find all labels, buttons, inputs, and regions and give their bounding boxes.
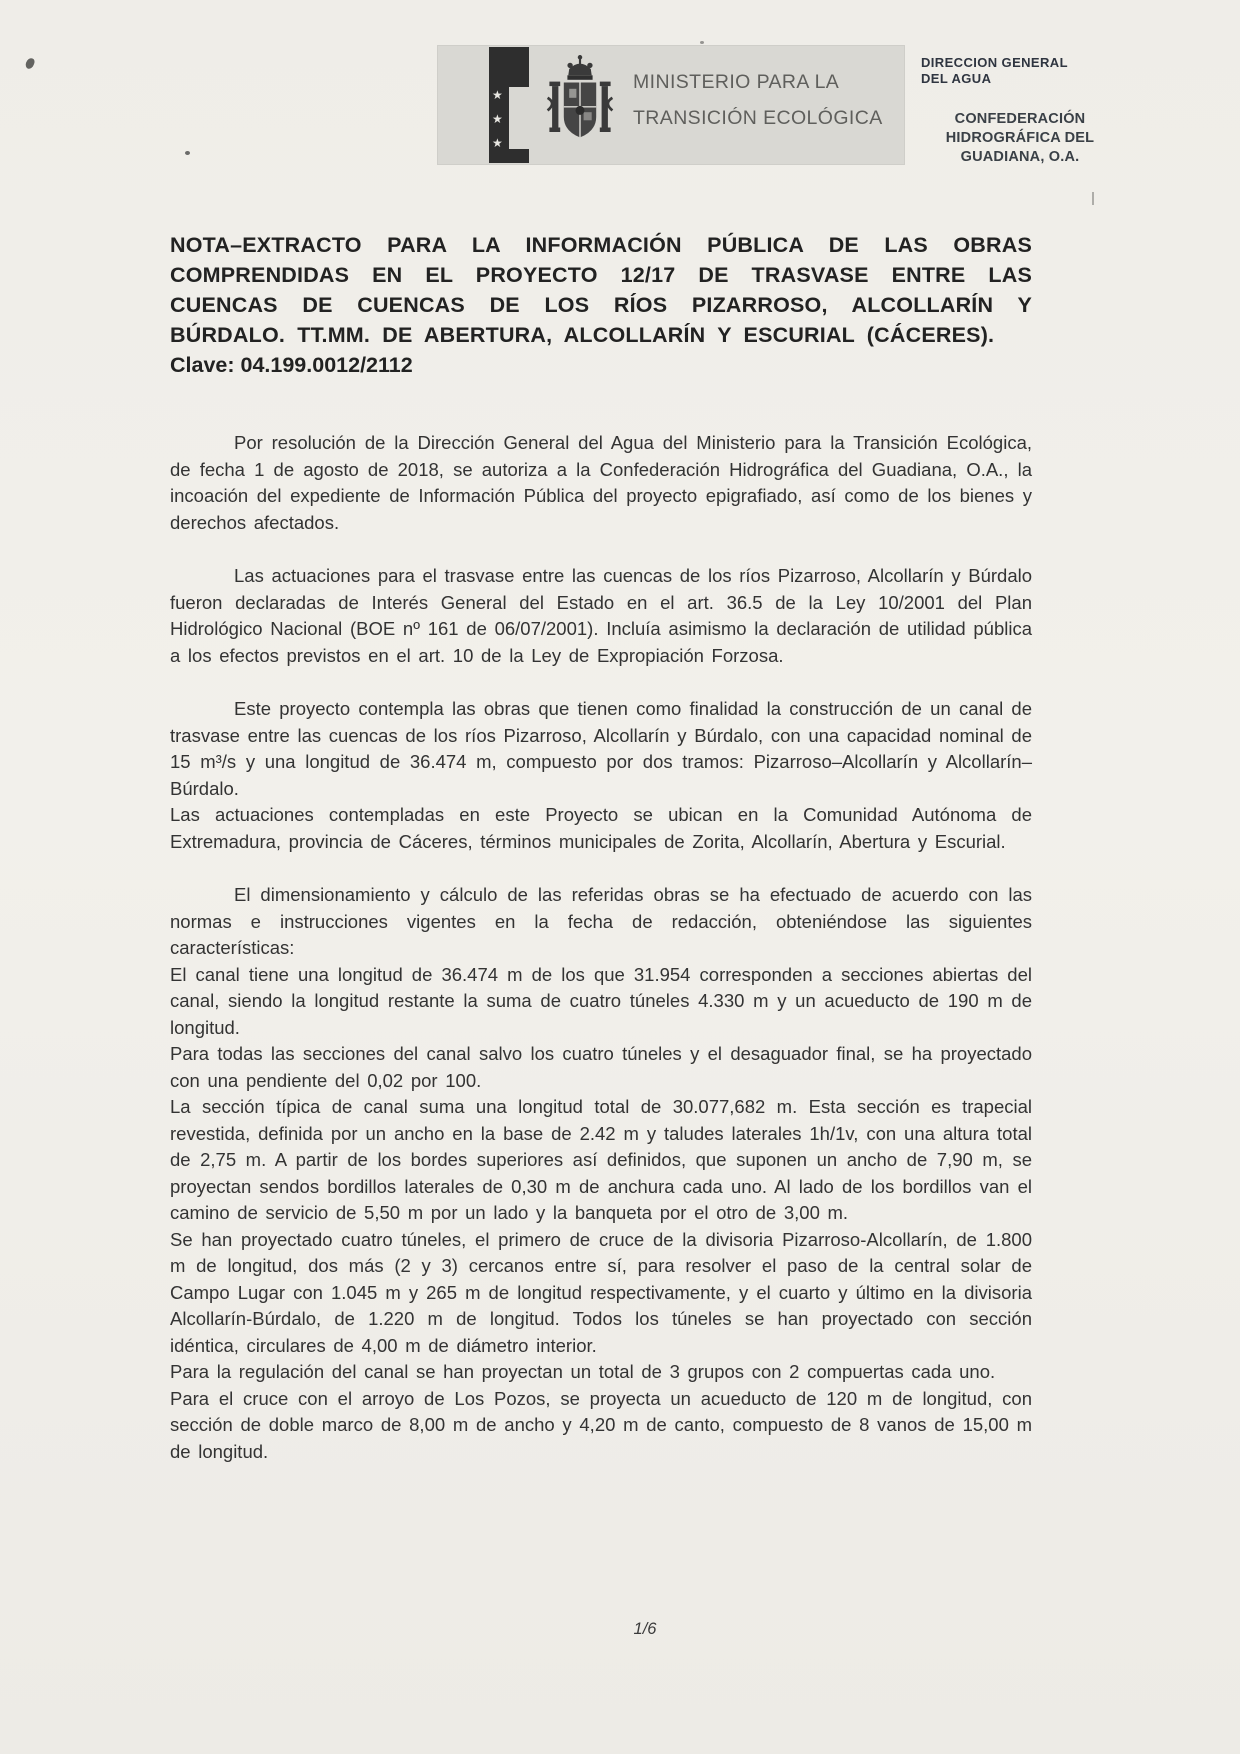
scan-speck: [24, 57, 35, 70]
confederacion-line2: HIDROGRÁFICA DEL: [905, 129, 1135, 148]
scan-speck: [1092, 192, 1094, 205]
flag-bracket-icon: ★ ★ ★: [489, 47, 529, 163]
document-body: NOTA–EXTRACTO PARA LA INFORMACIÓN PÚBLIC…: [170, 230, 1032, 1465]
ministry-name-line2: TRANSICIÓN ECOLÓGICA: [633, 109, 883, 128]
star-icon: ★: [492, 89, 503, 101]
paragraph-pendiente: Para todas las secciones del canal salvo…: [170, 1041, 1032, 1094]
paragraph-objeto-proyecto: Este proyecto contempla las obras que ti…: [170, 696, 1032, 802]
direccion-general-line2: DEL AGUA: [921, 71, 1068, 87]
scanned-page: ★ ★ ★: [0, 0, 1240, 1754]
star-icon: ★: [492, 113, 503, 125]
paragraph-acueducto: Para el cruce con el arroyo de Los Pozos…: [170, 1386, 1032, 1466]
confederacion-line1: CONFEDERACIÓN: [905, 110, 1135, 129]
confederacion-line3: GUADIANA, O.A.: [905, 148, 1135, 167]
confederacion-label: CONFEDERACIÓN HIDROGRÁFICA DEL GUADIANA,…: [905, 110, 1135, 167]
paragraph-resolucion: Por resolución de la Dirección General d…: [170, 430, 1032, 536]
spain-coat-of-arms-icon: [537, 51, 623, 159]
paragraph-dimensionamiento: El dimensionamiento y cálculo de las ref…: [170, 882, 1032, 962]
scan-speck: [700, 41, 704, 44]
paragraph-declaracion: Las actuaciones para el trasvase entre l…: [170, 563, 1032, 669]
paragraph-seccion-tipica: La sección típica de canal suma una long…: [170, 1094, 1032, 1227]
star-icon: ★: [492, 137, 503, 149]
document-title: NOTA–EXTRACTO PARA LA INFORMACIÓN PÚBLIC…: [170, 230, 1032, 350]
paragraph-ubicacion: Las actuaciones contempladas en este Pro…: [170, 802, 1032, 855]
paragraph-regulacion: Para la regulación del canal se han proy…: [170, 1359, 1032, 1386]
page-number: 1/6: [50, 1620, 1240, 1639]
paragraph-longitud-canal: El canal tiene una longitud de 36.474 m …: [170, 962, 1032, 1042]
ministry-name-line1: MINISTERIO PARA LA: [633, 73, 883, 92]
paragraph-tuneles: Se han proyectado cuatro túneles, el pri…: [170, 1227, 1032, 1360]
ministry-name: MINISTERIO PARA LA TRANSICIÓN ECOLÓGICA: [633, 73, 883, 145]
scan-speck: [185, 151, 190, 155]
direccion-general-line1: DIRECCION GENERAL: [921, 55, 1068, 71]
bracket-notch: [509, 87, 529, 149]
government-logo-band: ★ ★ ★: [437, 45, 905, 165]
direccion-general-label: DIRECCION GENERAL DEL AGUA: [921, 55, 1068, 87]
document-key: Clave: 04.199.0012/2112: [170, 350, 1032, 380]
